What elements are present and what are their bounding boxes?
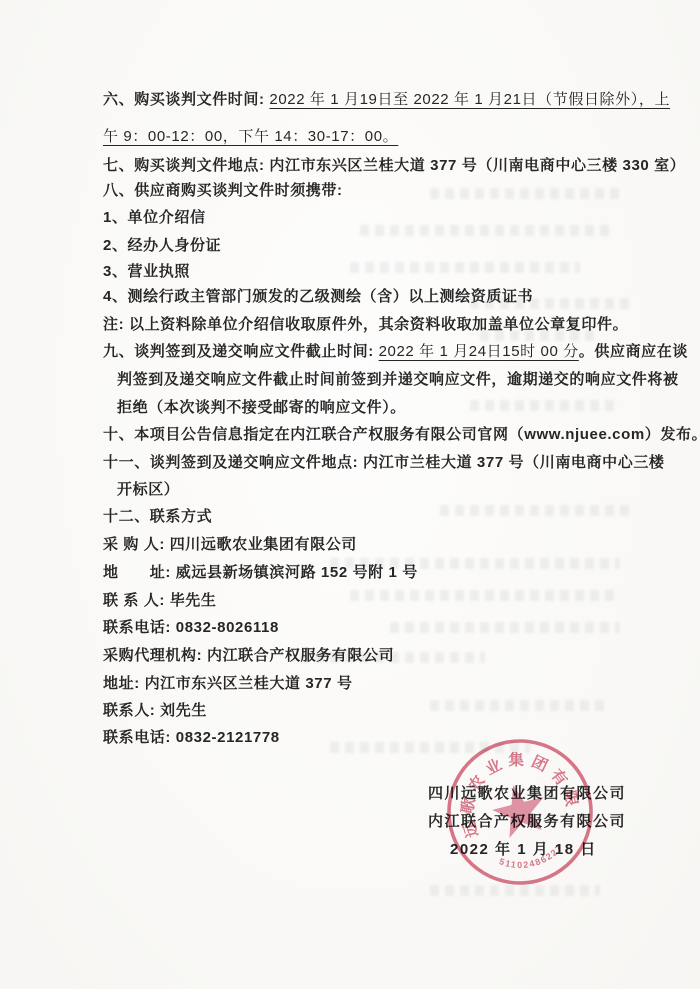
text-segment: 联系人: (103, 702, 160, 719)
document-line: 九、谈判签到及递交响应文件截止时间: 2022 年 1 月24日15时 00 分… (103, 341, 688, 363)
text-segment: 开标区） (117, 481, 179, 498)
underlined-value: 2022 年 1 月19日至 2022 年 1 月21日（节假日除外），上 (269, 91, 670, 108)
text-segment: 联 系 人: (103, 592, 170, 609)
text-segment: 注: 以上资料除单位介绍信收取原件外，其余资料收取加盖单位公章复印件。 (103, 316, 628, 333)
document-line: 七、购买谈判文件地点: 内江市东兴区兰桂大道 377 号（川南电商中心三楼 33… (103, 155, 685, 177)
document-line: 联系电话: 0832-2121778 (103, 727, 280, 749)
document-line: 拒绝（本次谈判不接受邮寄的响应文件）。 (117, 397, 406, 419)
document-line: 注: 以上资料除单位介绍信收取原件外，其余资料收取加盖单位公章复印件。 (103, 314, 628, 336)
bleedthrough-artifact (440, 505, 635, 516)
underlined-value: 午 9：00-12：00，下午 14：30-17：00。 (103, 128, 398, 145)
text-segment: 刘先生 (160, 702, 207, 719)
document-line: 地址: 内江市东兴区兰桂大道 377 号 (103, 673, 353, 695)
document-line: 午 9：00-12：00，下午 14：30-17：00。 (103, 126, 398, 148)
document-line: 联系电话: 0832-8026118 (103, 617, 279, 639)
document-line: 六、购买谈判文件时间: 2022 年 1 月19日至 2022 年 1 月21日… (103, 89, 670, 111)
document-line: 3、营业执照 (103, 261, 190, 283)
text-segment: 六、购买谈判文件时间: (103, 91, 269, 108)
text-segment: 内江市兰桂大道 377 号（川南电商中心三楼 (363, 454, 665, 471)
bleedthrough-artifact (390, 622, 620, 633)
text-segment: 内江市东兴区兰桂大道 377 号 (145, 675, 353, 692)
document-line: 开标区） (117, 479, 179, 501)
document-line: 2、经办人身份证 (103, 235, 221, 257)
text-segment: 毕先生 (170, 592, 217, 609)
text-segment: 联系电话: (103, 619, 176, 636)
text-segment: 内江联合产权服务有限公司 (207, 647, 394, 664)
text-segment: 七、购买谈判文件地点: (103, 157, 269, 174)
seal-star-icon (487, 778, 551, 840)
bleedthrough-artifact (360, 225, 615, 236)
bleedthrough-artifact (430, 188, 625, 199)
text-segment: 2、经办人身份证 (103, 237, 221, 254)
bleedthrough-artifact (350, 262, 580, 273)
document-line: 采购代理机构: 内江联合产权服务有限公司 (103, 645, 394, 667)
text-segment: 。供应商应在谈 (579, 343, 688, 360)
document-line: 1、单位介绍信 (103, 207, 206, 229)
text-segment: 联系电话: (103, 729, 176, 746)
text-segment: 拒绝（本次谈判不接受邮寄的响应文件）。 (117, 399, 406, 416)
text-segment: 内江市东兴区兰桂大道 377 号（川南电商中心三楼 330 室） (269, 157, 685, 174)
document-line: 八、供应商购买谈判文件时须携带: (103, 180, 343, 202)
text-segment: 采购代理机构: (103, 647, 207, 664)
scanned-document-page: 六、购买谈判文件时间: 2022 年 1 月19日至 2022 年 1 月21日… (0, 0, 700, 989)
text-segment: 0832-8026118 (176, 619, 279, 636)
company-seal-stamp: 四川远歌农业集团有限公司 51102486227 (440, 732, 600, 892)
document-line: 联系人: 刘先生 (103, 700, 207, 722)
text-segment: 4、测绘行政主管部门颁发的乙级测绘（含）以上测绘资质证书 (103, 288, 533, 305)
text-segment: 四川远歌农业集团有限公司 (170, 536, 357, 553)
document-line: 十、本项目公告信息指定在内江联合产权服务有限公司官网（www.njuee.com… (103, 424, 700, 446)
document-line: 采 购 人: 四川远歌农业集团有限公司 (103, 534, 357, 556)
text-segment: 3、营业执照 (103, 263, 190, 280)
text-segment: 1、单位介绍信 (103, 209, 206, 226)
document-line: 十一、谈判签到及递交响应文件地点: 内江市兰桂大道 377 号（川南电商中心三楼 (103, 452, 665, 474)
document-line: 地 址: 威远县新场镇滨河路 152 号附 1 号 (103, 562, 418, 584)
bleedthrough-artifact (470, 400, 620, 411)
text-segment: 九、谈判签到及递交响应文件截止时间: (103, 343, 379, 360)
text-segment: 八、供应商购买谈判文件时须携带: (103, 182, 343, 199)
text-segment: 十二、联系方式 (103, 508, 212, 525)
text-segment: 十一、谈判签到及递交响应文件地点: (103, 454, 363, 471)
text-segment: 判签到及递交响应文件截止时间前签到并递交响应文件，逾期递交的响应文件将被 (117, 371, 679, 388)
bleedthrough-artifact (350, 590, 620, 601)
text-segment: 0832-2121778 (176, 729, 280, 746)
text-segment: 采 购 人: (103, 536, 170, 553)
underlined-value: 2022 年 1 月24日15时 00 分 (379, 343, 579, 360)
document-line: 十二、联系方式 (103, 506, 212, 528)
document-line: 判签到及递交响应文件截止时间前签到并递交响应文件，逾期递交的响应文件将被 (117, 369, 679, 391)
text-segment: 威远县新场镇滨河路 152 号附 1 号 (176, 564, 418, 581)
document-line: 4、测绘行政主管部门颁发的乙级测绘（含）以上测绘资质证书 (103, 286, 533, 308)
text-segment: 十、本项目公告信息指定在内江联合产权服务有限公司官网（www.njuee.com… (103, 426, 700, 443)
bleedthrough-artifact (430, 700, 610, 711)
text-segment: 地 址: (103, 564, 176, 581)
text-segment: 地址: (103, 675, 145, 692)
document-line: 联 系 人: 毕先生 (103, 590, 217, 612)
